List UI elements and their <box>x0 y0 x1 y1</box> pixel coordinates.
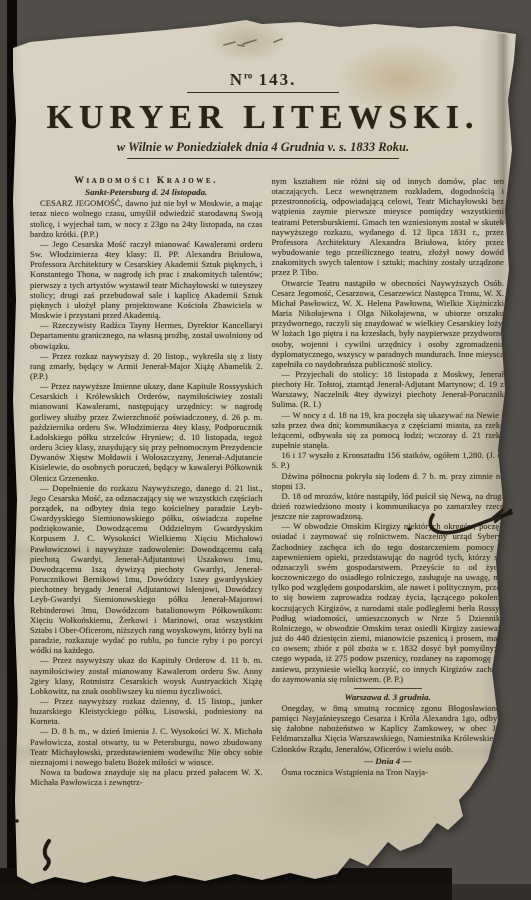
paragraph: Onegday, w 8mą smutną rocznicę zgonu Bło… <box>272 703 505 754</box>
paragraph: — Przyjechali do stolicy: 18 listopada z… <box>272 369 505 410</box>
paragraph: CESARZ JEGOMOŚĆ, dawno już nie był w Mos… <box>30 198 263 239</box>
right-column-paragraphs: nym kształtem nie różni się od innych do… <box>272 176 505 684</box>
warsaw-paragraphs: Onegday, w 8mą smutną rocznicę zgonu Bło… <box>272 703 505 754</box>
paragraph: — Przez naywyższy rozkaz dzienny, d. 15 … <box>30 696 263 726</box>
dnia-paragraphs: Ósma rocznica Wstąpienia na Tron Nayja- <box>272 767 505 777</box>
warsaw-dateline: Warszawa d. 3 grudnia. <box>272 692 505 702</box>
paragraph: — Rzeczywisty Radźca Tayny Hermes, Dyrek… <box>30 320 263 350</box>
paper-wrap: Nro 143. KURYER LITEWSKI. w Wilnie w Pon… <box>0 0 531 900</box>
masthead: Nro 143. KURYER LITEWSKI. w Wilnie w Pon… <box>22 70 504 159</box>
paragraph: — D. 8 b. m., w dzień Imienia J. C. Wyso… <box>30 726 263 767</box>
newspaper-page: Nro 143. KURYER LITEWSKI. w Wilnie w Pon… <box>0 0 531 900</box>
paragraph: — Jego Cesarska Mość raczył mianować Kaw… <box>30 239 263 320</box>
paragraph: — W obwodzie Omskim Kirgizy niektórych o… <box>272 521 505 684</box>
issue-number: Nro 143. <box>22 70 504 90</box>
article-columns: Wiadomości Krajowe. Sankt-Petersburg d. … <box>30 176 504 787</box>
left-column-paragraphs: CESARZ JEGOMOŚĆ, dawno już nie był w Mos… <box>30 198 263 787</box>
paragraph: — Przez naywyższe Imienne ukazy, dane Ka… <box>30 381 263 483</box>
newspaper-title: KURYER LITEWSKI. <box>22 99 504 137</box>
section-divider <box>354 688 422 689</box>
paragraph: Ósma rocznica Wstąpienia na Tron Nayja- <box>272 767 505 777</box>
masthead-dateline: w Wilnie w Poniedziałek dnia 4 Grudnia v… <box>22 140 504 155</box>
section-heading: Wiadomości Krajowe. <box>30 176 263 186</box>
left-column-dateline: Sankt-Petersburg d. 24 listopada. <box>30 187 263 197</box>
left-column: Wiadomości Krajowe. Sankt-Petersburg d. … <box>30 176 263 787</box>
dnia-heading: — Dnia 4 — <box>272 756 505 766</box>
paragraph: Dźwina północna pokryła się lodem d. 7 b… <box>272 471 505 491</box>
paragraph: Nowa ta budowa znayduje się na placu prz… <box>30 767 263 787</box>
right-column: nym kształtem nie różni się od innych do… <box>272 176 505 787</box>
paragraph: Otwarcie Teatru nastąpiło w obecności Na… <box>272 278 505 369</box>
paragraph: — Dopełnienie do rozkazu Naywyższego, da… <box>30 483 263 656</box>
paragraph: D. 18 od mrozów, które nastąpiły, lód pu… <box>272 491 505 521</box>
paragraph: 16 i 17 wyszło z Kronsztadtu 156 statków… <box>272 450 505 470</box>
masthead-rule <box>187 92 339 93</box>
paragraph: nym kształtem nie różni się od innych do… <box>272 176 505 278</box>
newspaper-scan: Nro 143. KURYER LITEWSKI. w Wilnie w Pon… <box>0 0 531 900</box>
masthead-rule-bottom <box>127 158 399 159</box>
paragraph: — W nocy z d. 18 na 19, kra poczęła się … <box>272 410 505 451</box>
paragraph: — Przez naywyższy ukaz do Kapituły Order… <box>30 655 263 696</box>
paragraph: — Przez rozkaz naywyższy d. 20 listop., … <box>30 351 263 381</box>
